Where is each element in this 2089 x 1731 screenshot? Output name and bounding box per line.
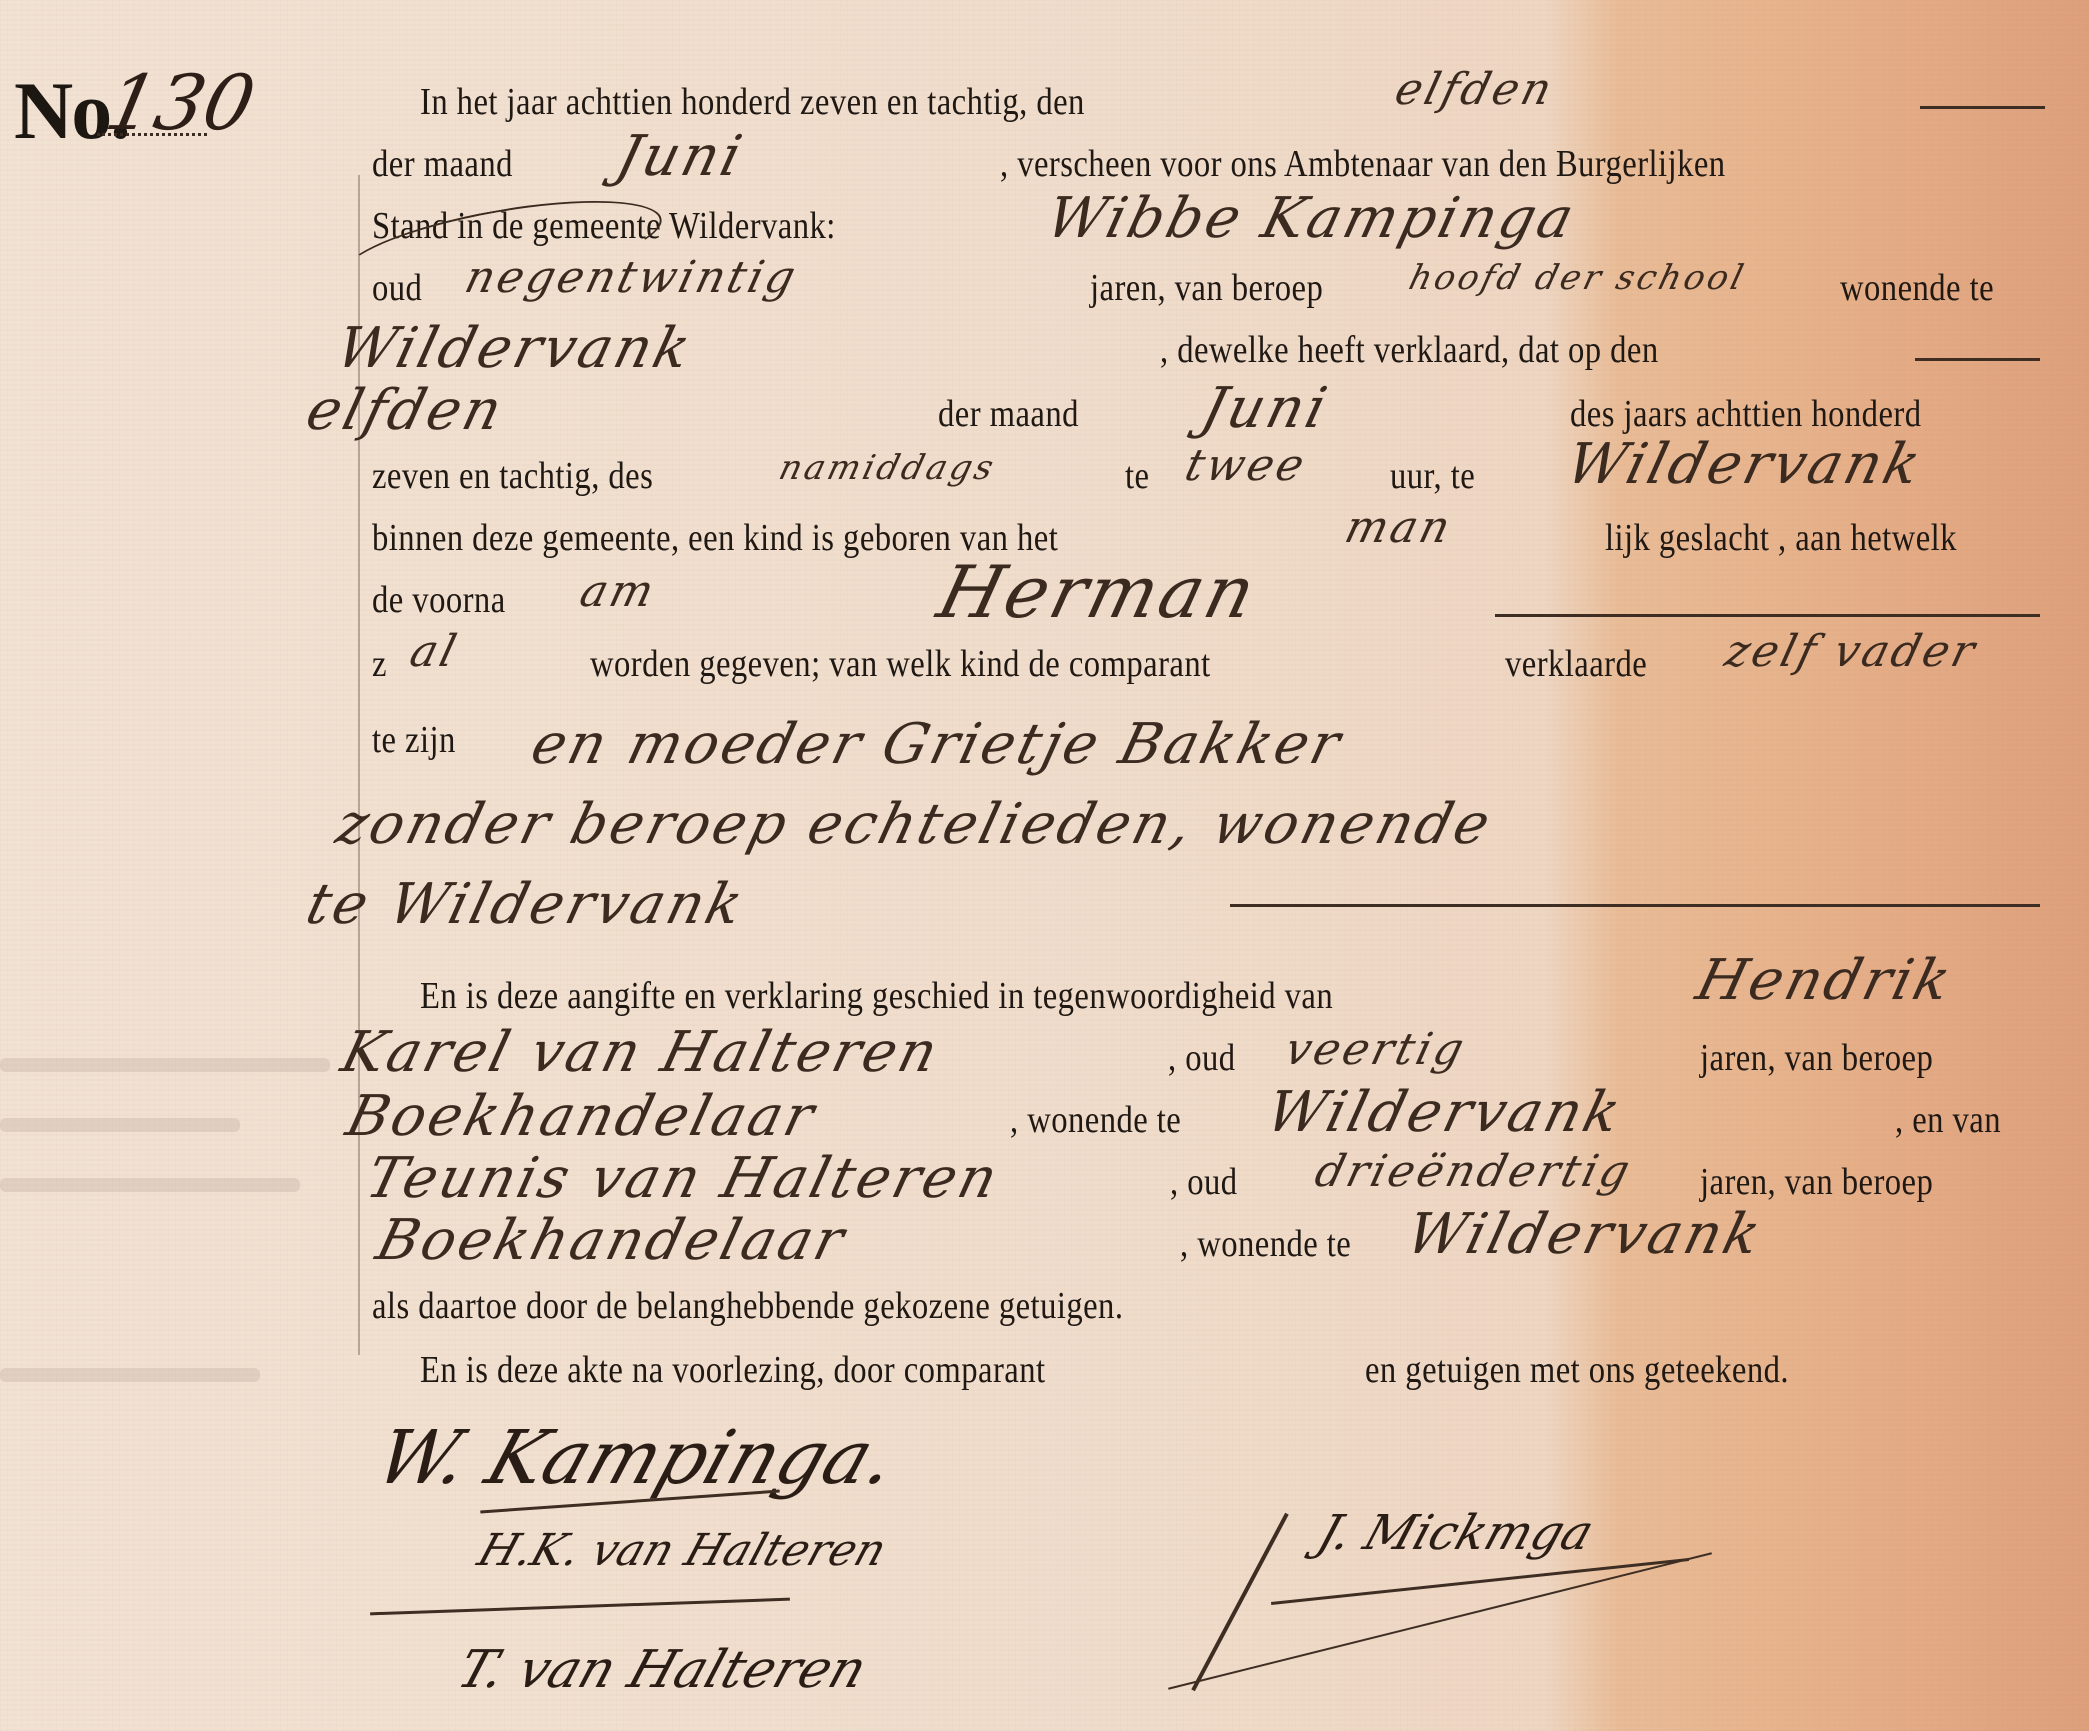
handwritten-birth-place: Wildervank — [1560, 432, 1929, 497]
signature-official: J. Mickmga — [1311, 1505, 1601, 1561]
printed-text: , wonende te — [1180, 1222, 1351, 1266]
signature-flourish — [1168, 1552, 1712, 1689]
handwritten-witness2-residence: Wildervank — [1400, 1202, 1769, 1267]
printed-text: , en van — [1895, 1098, 2001, 1142]
printed-text: wonende te — [1840, 266, 1994, 310]
printed-text: als daartoe door de belanghebbende gekoz… — [372, 1284, 1123, 1328]
handwritten-parents-residence: te Wildervank — [300, 872, 752, 937]
printed-text: des jaars achttien honderd — [1570, 392, 1921, 436]
handwritten-witness1-first: Hendrik — [1690, 948, 1960, 1013]
handwritten-child-name: Herman — [930, 550, 1266, 634]
printed-text: , oud — [1168, 1036, 1236, 1080]
printed-text: der maand — [372, 142, 513, 186]
handwritten-witness2-name: Teunis van Halteren — [360, 1146, 1007, 1211]
signature-underline — [1271, 1558, 1689, 1605]
handwritten-witness2-occupation: Boekhandelaar — [370, 1208, 853, 1273]
handwritten-suffix: am — [575, 566, 662, 617]
signature-witness2: T. van Halteren — [450, 1640, 874, 1700]
printed-text: oud — [372, 266, 422, 310]
handwritten-birth-month: Juni — [1195, 376, 1336, 441]
printed-text: en getuigen met ons geteekend. — [1365, 1348, 1789, 1392]
printed-text: de voorna — [372, 578, 506, 622]
printed-text: , dewelke heeft verklaard, dat op den — [1160, 328, 1659, 372]
signature-witness1: H.K. van Halteren — [472, 1525, 893, 1576]
printed-text: uur, te — [1390, 454, 1475, 498]
handwritten-relation: zelf vader — [1720, 626, 1983, 677]
fill-dash — [1920, 106, 2045, 109]
handwritten-month: Juni — [610, 124, 751, 189]
printed-text: En is deze akte na voorlezing, door comp… — [420, 1348, 1046, 1392]
printed-text: , oud — [1170, 1160, 1238, 1204]
fill-dash — [1230, 904, 2040, 907]
bleed-through-line — [0, 1058, 330, 1072]
printed-text: te — [1125, 454, 1149, 498]
handwritten-mother: en moeder Grietje Bakker — [525, 712, 1349, 777]
printed-text: , verscheen voor ons Ambtenaar van den B… — [1000, 142, 1726, 186]
handwritten-age: negentwintig — [460, 252, 803, 303]
printed-text: te zijn — [372, 718, 456, 762]
handwritten-witness1-residence: Wildervank — [1260, 1080, 1629, 1145]
printed-text: In het jaar achttien honderd zeven en ta… — [420, 80, 1085, 124]
record-number-value: 130 — [99, 58, 263, 147]
signature-declarant: W. Kampinga. — [366, 1415, 907, 1501]
printed-text: z — [372, 642, 387, 686]
printed-text: verklaarde — [1505, 642, 1647, 686]
printed-text: jaren, van beroep — [1700, 1036, 1933, 1080]
handwritten-time-of-day: namiddags — [775, 448, 1000, 488]
handwritten-witness1-age: veertig — [1280, 1024, 1472, 1075]
fill-dash — [1915, 358, 2040, 361]
handwritten-witness2-age: drieëndertig — [1310, 1146, 1638, 1197]
handwritten-declarant-name: Wibbe Kampinga — [1040, 186, 1583, 251]
printed-text: , wonende te — [1010, 1098, 1181, 1142]
handwritten-day: elfden — [1390, 64, 1560, 115]
printed-text: der maand — [938, 392, 1079, 436]
handwritten-witness1-name: Karel van Halteren — [335, 1020, 947, 1085]
handwritten-suffix: al — [405, 626, 464, 677]
fill-dash — [1495, 614, 2040, 617]
handwritten-residence: Wildervank — [330, 316, 699, 381]
bleed-through-line — [0, 1368, 260, 1382]
printed-text: worden gegeven; van welk kind de compara… — [590, 642, 1211, 686]
printed-text: En is deze aangifte en verklaring geschi… — [420, 974, 1333, 1018]
bleed-through-line — [0, 1118, 240, 1132]
bleed-through-line — [0, 1178, 300, 1192]
printed-text: jaren, van beroep — [1090, 266, 1323, 310]
handwritten-sex: man — [1340, 502, 1458, 553]
handwritten-hour: twee — [1180, 440, 1312, 491]
paper-texture — [0, 0, 2089, 1731]
printed-text: lijk geslacht , aan hetwelk — [1605, 516, 1957, 560]
printed-text: jaren, van beroep — [1700, 1160, 1933, 1204]
handwritten-birth-day: elfden — [300, 378, 511, 443]
printed-text: zeven en tachtig, des — [372, 454, 653, 498]
signature-underline — [370, 1598, 790, 1616]
handwritten-occupation: hoofd der school — [1405, 258, 1750, 298]
handwritten-parents-status: zonder beroep echtelieden, wonende — [330, 792, 1499, 857]
handwritten-witness1-occupation: Boekhandelaar — [340, 1084, 823, 1149]
